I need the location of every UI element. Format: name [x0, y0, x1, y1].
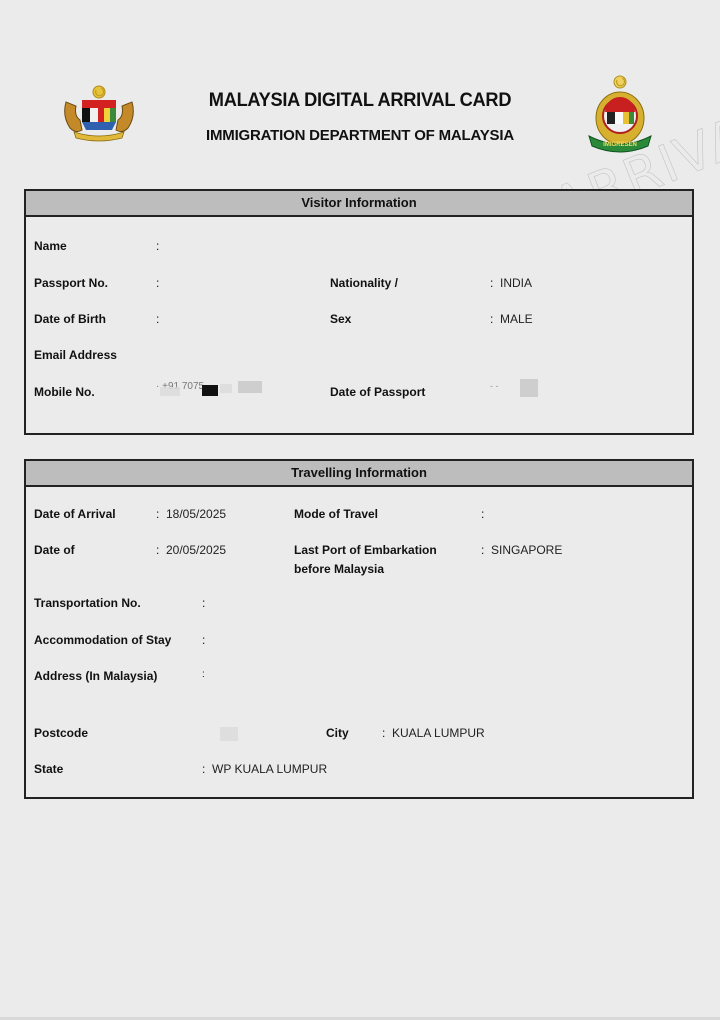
departure-colon: :: [156, 543, 159, 557]
transport-no-colon: :: [202, 596, 205, 610]
accommodation-label: Accommodation of Stay: [34, 633, 171, 647]
mobile-label: Mobile No.: [34, 385, 95, 399]
travelling-information-heading: Travelling Information: [26, 461, 692, 487]
sex-colon: :: [490, 312, 493, 326]
last-port-colon: :: [481, 543, 484, 557]
passport-no-label: Passport No.: [34, 276, 108, 290]
sex-label: Sex: [330, 312, 351, 326]
state-colon: :: [202, 762, 205, 776]
city-colon: :: [382, 726, 385, 740]
city-label: City: [326, 726, 349, 740]
departure-value: 20/05/2025: [166, 543, 226, 557]
dob-colon: :: [156, 312, 159, 326]
state-value: WP KUALA LUMPUR: [212, 762, 327, 776]
visitor-information-heading: Visitor Information: [26, 191, 692, 217]
arrival-colon: :: [156, 507, 159, 521]
passport-no-colon: :: [156, 276, 159, 290]
arrival-value: 18/05/2025: [166, 507, 226, 521]
dob-label: Date of Birth: [34, 312, 106, 326]
visitor-information-section: Visitor Information Name : Passport No. …: [24, 189, 694, 435]
city-value: KUALA LUMPUR: [392, 726, 485, 740]
mode-of-travel-label: Mode of Travel: [294, 507, 378, 521]
address-colon: :: [202, 669, 205, 680]
accommodation-colon: :: [202, 633, 205, 647]
nationality-colon: :: [490, 276, 493, 290]
email-label: Email Address: [34, 348, 117, 362]
passport-date-label: Date of Passport: [330, 385, 425, 399]
last-port-label-line1: Last Port of Embarkation: [294, 543, 437, 557]
sex-value: MALE: [500, 312, 533, 326]
last-port-label-line2: before Malaysia: [294, 562, 384, 576]
document-header: MALAYSIA DIGITAL ARRIVAL CARD IMMIGRATIO…: [0, 0, 720, 180]
last-port-value: SINGAPORE: [491, 543, 562, 557]
travelling-information-section: Travelling Information Date of Arrival :…: [24, 459, 694, 799]
arrival-label: Date of Arrival: [34, 507, 116, 521]
svg-text:IMIGRESEN: IMIGRESEN: [603, 142, 637, 148]
mode-of-travel-colon: :: [481, 507, 484, 521]
nationality-value: INDIA: [500, 276, 532, 290]
postcode-label: Postcode: [34, 726, 88, 740]
name-colon: :: [156, 239, 159, 253]
state-label: State: [34, 762, 63, 776]
address-label: Address (In Malaysia): [34, 669, 157, 683]
departure-label: Date of: [34, 543, 75, 557]
nationality-label: Nationality /: [330, 276, 398, 290]
imigresen-malaysia-emblem-icon: IMIGRESEN: [583, 74, 657, 158]
name-label: Name: [34, 239, 67, 253]
transport-no-label: Transportation No.: [34, 596, 141, 610]
postcode-value-redacted: [220, 727, 238, 741]
